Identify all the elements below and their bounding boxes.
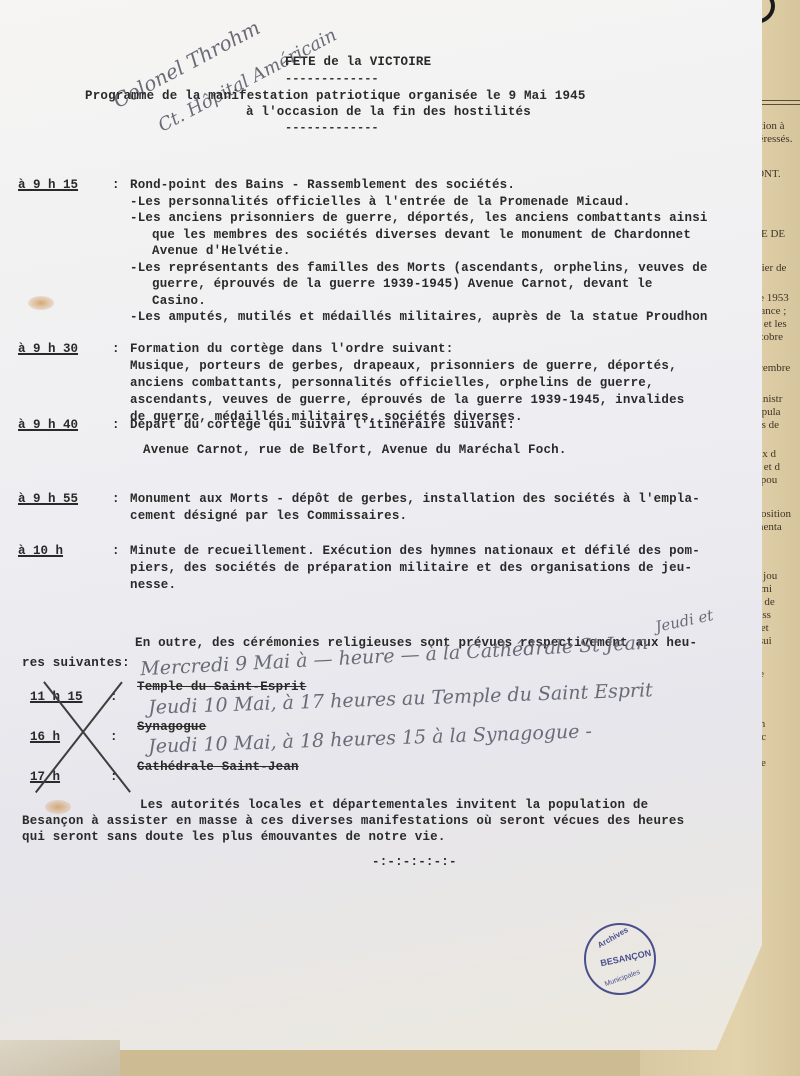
schedule-line: Départ du cortège qui suivra l'itinérair…	[130, 418, 515, 432]
closing-paragraph-3: qui seront sans doute les plus émouvante…	[22, 830, 446, 844]
subtitle-rule: -------------	[285, 121, 379, 135]
schedule-line: nesse.	[130, 578, 176, 592]
handwritten-correction: Jeudi 10 Mai, à 18 heures 15 à la Synago…	[148, 720, 592, 757]
document-subtitle: Programme de la manifestation patriotiqu…	[85, 89, 586, 103]
schedule-line: Avenue Carnot, rue de Belfort, Avenue du…	[143, 443, 567, 457]
schedule-line: guerre, éprouvés de la guerre 1939-1945)…	[152, 277, 653, 291]
schedule-line: Musique, porteurs de gerbes, drapeaux, p…	[130, 359, 677, 373]
closing-paragraph-2: Besançon à assister en masse à ces diver…	[22, 814, 684, 828]
schedule-time: à 10 h	[18, 544, 63, 558]
schedule-line: -Les personnalités officielles à l'entré…	[130, 195, 631, 209]
separator: :	[112, 544, 120, 558]
handwritten-cross-out	[30, 682, 135, 787]
religious-place: Cathédrale Saint-Jean	[137, 760, 299, 774]
stain	[28, 296, 54, 310]
schedule-line: piers, des sociétés de préparation milit…	[130, 561, 692, 575]
schedule-line: -Les amputés, mutilés et médaillés milit…	[130, 310, 708, 324]
document-sheet: Colonel Throhm Ct. Hôpital Américain FET…	[0, 0, 762, 1050]
stamp-top-text: Archives	[596, 925, 630, 950]
schedule-line: cement désigné par les Commissaires.	[130, 509, 407, 523]
religious-intro-2: res suivantes:	[22, 656, 130, 670]
schedule-line: Casino.	[152, 294, 206, 308]
schedule-line: Monument aux Morts - dépôt de gerbes, in…	[130, 492, 700, 506]
separator: :	[112, 492, 120, 506]
schedule-time: à 9 h 55	[18, 492, 78, 506]
separator: :	[112, 418, 120, 432]
end-mark: -:-:-:-:-:-	[372, 855, 457, 869]
separator: :	[112, 342, 120, 356]
schedule-line: -Les représentants des familles des Mort…	[130, 261, 708, 275]
religious-place: Synagogue	[137, 720, 206, 734]
schedule-line: Avenue d'Helvétie.	[152, 244, 291, 258]
separator: :	[112, 178, 120, 192]
title-rule: -------------	[285, 72, 379, 86]
stamp-middle-text: BESANÇON	[600, 948, 652, 968]
archives-stamp: Archives BESANÇON Municipales	[584, 923, 656, 995]
handwritten-jeudi-note: Jeudi et	[654, 606, 715, 636]
folded-corner	[0, 1040, 120, 1076]
stain	[45, 800, 71, 814]
stamp-bottom-text: Municipales	[604, 969, 641, 988]
schedule-line: Minute de recueillement. Exécution des h…	[130, 544, 700, 558]
closing-paragraph: Les autorités locales et départementales…	[140, 798, 648, 812]
document-title: FETE de la VICTOIRE	[285, 55, 431, 69]
schedule-line: Rond-point des Bains - Rassemblement des…	[130, 178, 515, 192]
schedule-line: ascendants, veuves de guerre, éprouvés d…	[130, 393, 685, 407]
document-subtitle-2: à l'occasion de la fin des hostilités	[246, 105, 531, 119]
schedule-line: Formation du cortège dans l'ordre suivan…	[130, 342, 453, 356]
schedule-line: -Les anciens prisonniers de guerre, dépo…	[130, 211, 708, 225]
schedule-time: à 9 h 15	[18, 178, 78, 192]
schedule-line: anciens combattants, personnalités offic…	[130, 376, 654, 390]
schedule-line: que les membres des sociétés diverses de…	[152, 228, 691, 242]
schedule-time: à 9 h 30	[18, 342, 78, 356]
schedule-time: à 9 h 40	[18, 418, 78, 432]
